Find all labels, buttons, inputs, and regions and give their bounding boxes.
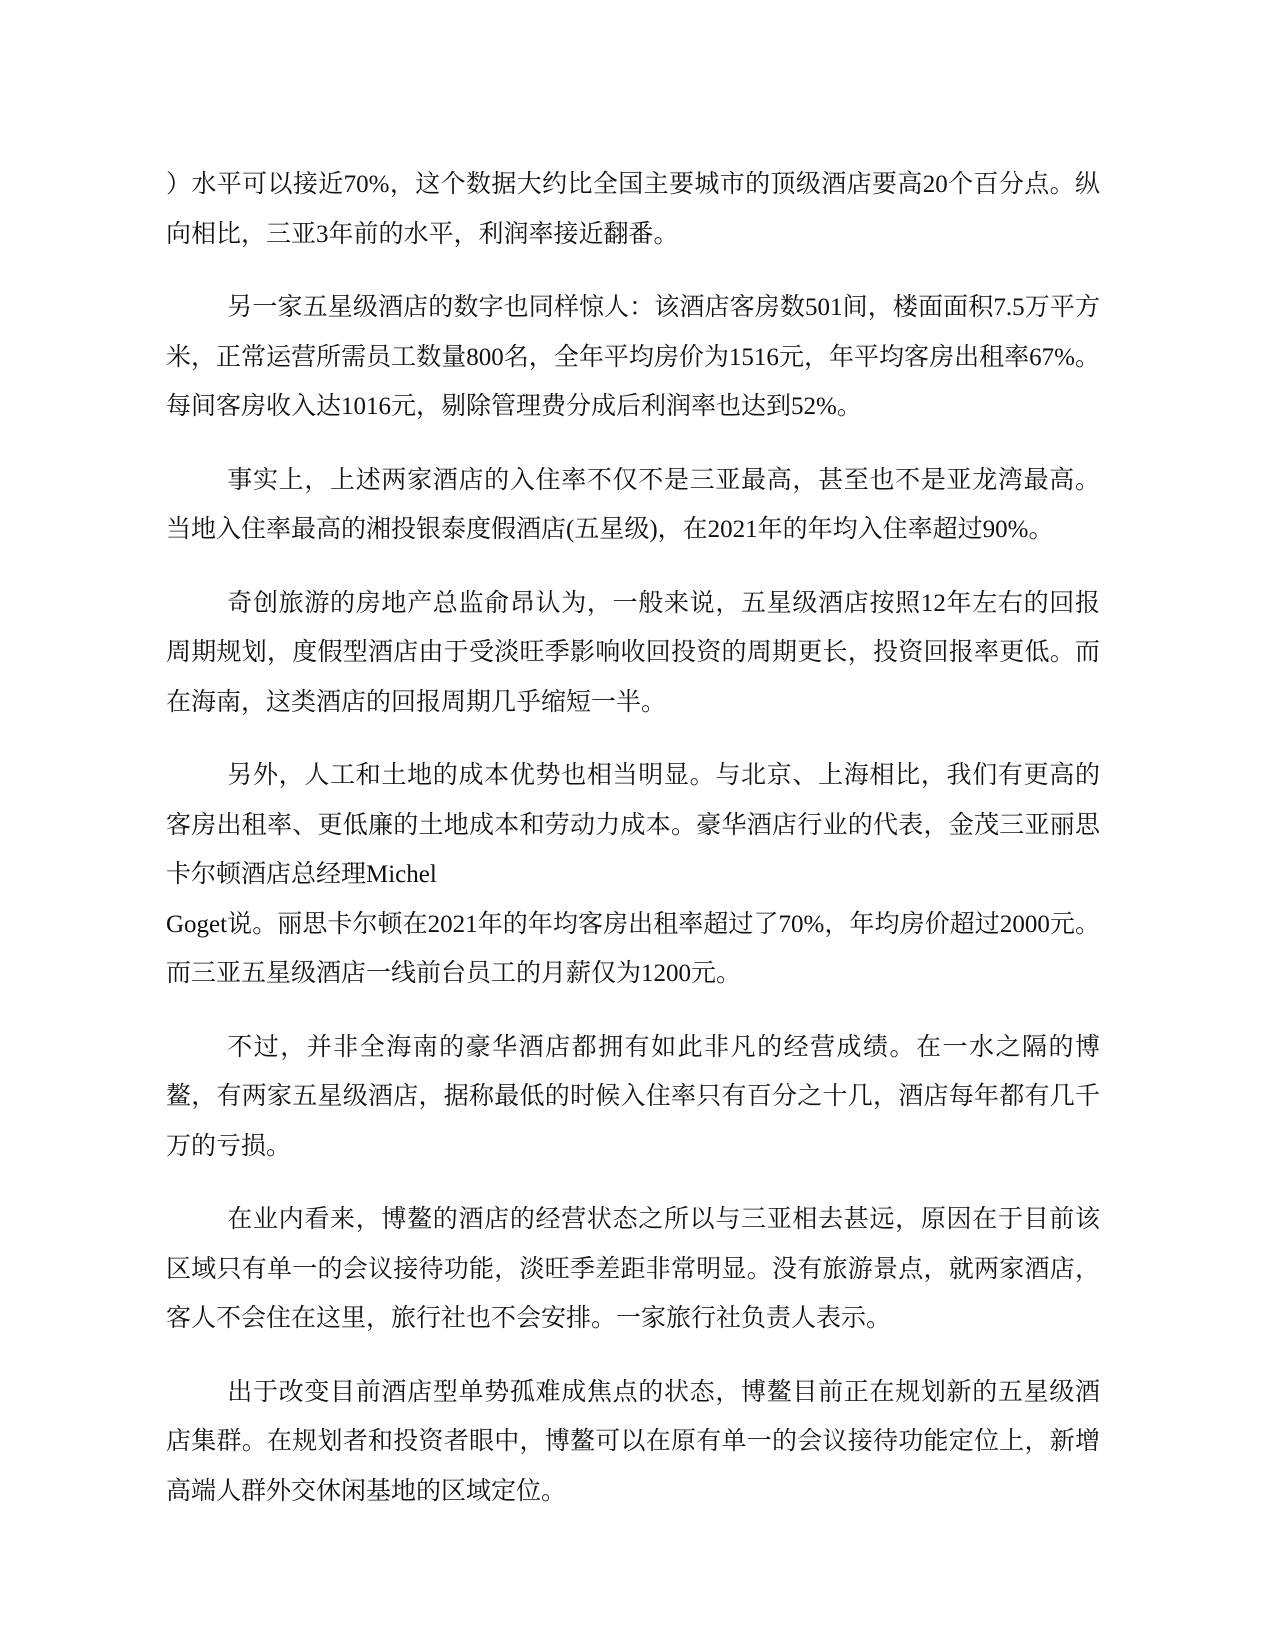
paragraph: 不过，并非全海南的豪华酒店都拥有如此非凡的经营成绩。在一水之隔的博鳌，有两家五星… [166, 1023, 1100, 1172]
document-page: ）水平可以接近70%，这个数据大约比全国主要城市的顶级酒店要高20个百分点。纵向… [0, 0, 1275, 1650]
article-body: ）水平可以接近70%，这个数据大约比全国主要城市的顶级酒店要高20个百分点。纵向… [166, 160, 1100, 1540]
paragraph: 奇创旅游的房地产总监俞昂认为，一般来说，五星级酒店按照12年左右的回报周期规划，… [166, 579, 1100, 728]
paragraph: 在业内看来，博鳌的酒店的经营状态之所以与三亚相去甚远，原因在于目前该区域只有单一… [166, 1195, 1100, 1344]
paragraph: 另一家五星级酒店的数字也同样惊人：该酒店客房数501间，楼面面积7.5万平方米，… [166, 283, 1100, 432]
paragraph: 另外，人工和土地的成本优势也相当明显。与北京、上海相比，我们有更高的客房出租率、… [166, 751, 1100, 999]
paragraph: 出于改变目前酒店型单势孤难成焦点的状态，博鳌目前正在规划新的五星级酒店集群。在规… [166, 1368, 1100, 1517]
paragraph: ）水平可以接近70%，这个数据大约比全国主要城市的顶级酒店要高20个百分点。纵向… [166, 160, 1100, 259]
paragraph: 事实上，上述两家酒店的入住率不仅不是三亚最高，甚至也不是亚龙湾最高。当地入住率最… [166, 456, 1100, 555]
